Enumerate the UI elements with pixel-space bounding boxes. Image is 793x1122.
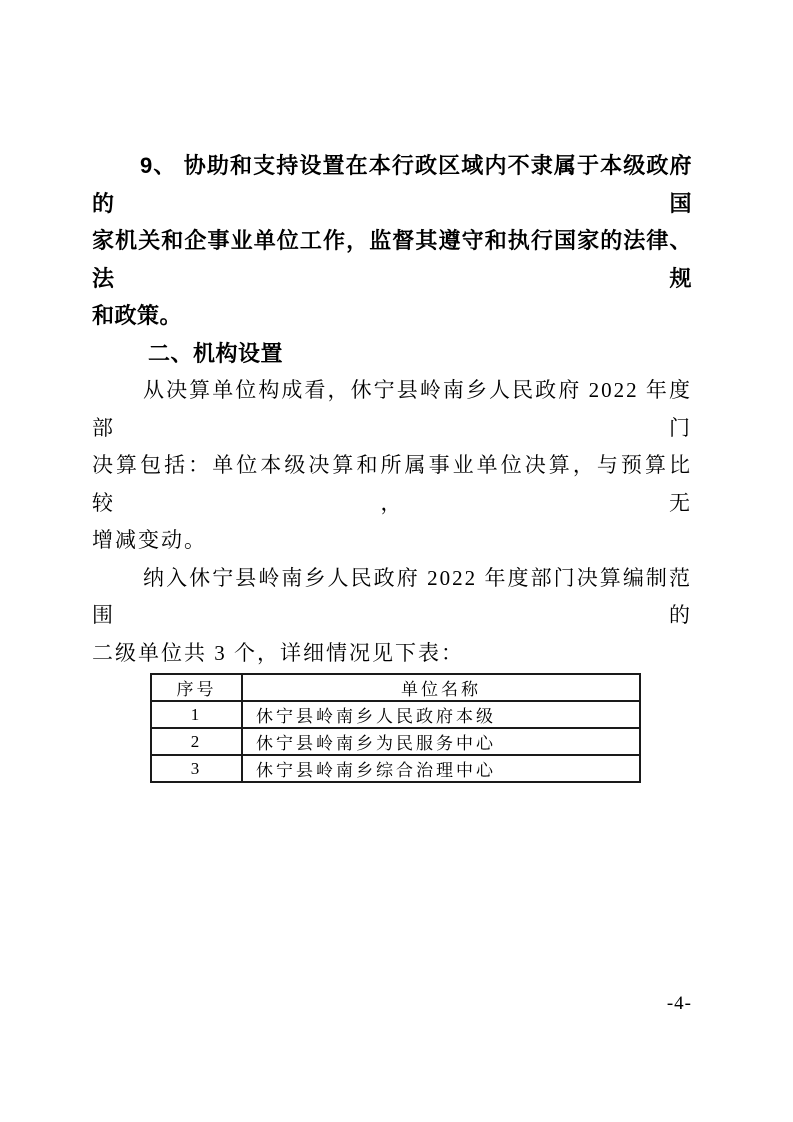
- paragraph-item-9-line-2: 家机关和企事业单位工作，监督其遵守和执行国家的法律、法规: [92, 222, 692, 297]
- paragraph-scope-line-2: 二级单位共 3 个，详细情况见下表：: [92, 635, 692, 673]
- header-cell-unit-name: 单位名称: [242, 674, 640, 701]
- section-heading: 二、机构设置: [92, 335, 692, 373]
- units-table: 序号 单位名称 1 休宁县岭南乡人民政府本级 2 休宁县岭南乡为民服务中心 3 …: [150, 673, 641, 783]
- cell-serial: 2: [151, 728, 242, 755]
- paragraph-scope-line-1: 纳入休宁县岭南乡人民政府 2022 年度部门决算编制范围的: [92, 560, 692, 635]
- units-table-body: 1 休宁县岭南乡人民政府本级 2 休宁县岭南乡为民服务中心 3 休宁县岭南乡综合…: [151, 701, 640, 782]
- page-number: -4-: [667, 993, 692, 1015]
- table-row: 3 休宁县岭南乡综合治理中心: [151, 755, 640, 782]
- document-content: 9、 协助和支持设置在本行政区域内不隶属于本级政府的国 家机关和企事业单位工作，…: [92, 147, 692, 783]
- cell-unit-name: 休宁县岭南乡综合治理中心: [242, 755, 640, 782]
- cell-serial: 1: [151, 701, 242, 728]
- paragraph-composition-line-1: 从决算单位构成看，休宁县岭南乡人民政府 2022 年度部门: [92, 372, 692, 447]
- table-header-row: 序号 单位名称: [151, 674, 640, 701]
- cell-unit-name: 休宁县岭南乡为民服务中心: [242, 728, 640, 755]
- paragraph-scope: 纳入休宁县岭南乡人民政府 2022 年度部门决算编制范围的 二级单位共 3 个，…: [92, 560, 692, 673]
- table-row: 2 休宁县岭南乡为民服务中心: [151, 728, 640, 755]
- paragraph-composition: 从决算单位构成看，休宁县岭南乡人民政府 2022 年度部门 决算包括：单位本级决…: [92, 372, 692, 560]
- table-row: 1 休宁县岭南乡人民政府本级: [151, 701, 640, 728]
- units-table-header: 序号 单位名称: [151, 674, 640, 701]
- cell-unit-name: 休宁县岭南乡人民政府本级: [242, 701, 640, 728]
- paragraph-item-9-line-3: 和政策。: [92, 297, 692, 335]
- paragraph-item-9: 9、 协助和支持设置在本行政区域内不隶属于本级政府的国 家机关和企事业单位工作，…: [92, 147, 692, 335]
- header-cell-serial: 序号: [151, 674, 242, 701]
- cell-serial: 3: [151, 755, 242, 782]
- paragraph-composition-line-2: 决算包括：单位本级决算和所属事业单位决算，与预算比较，无: [92, 447, 692, 522]
- document-page: 9、 协助和支持设置在本行政区域内不隶属于本级政府的国 家机关和企事业单位工作，…: [0, 0, 793, 1122]
- paragraph-composition-line-3: 增减变动。: [92, 522, 692, 560]
- paragraph-item-9-line-1: 9、 协助和支持设置在本行政区域内不隶属于本级政府的国: [92, 147, 692, 222]
